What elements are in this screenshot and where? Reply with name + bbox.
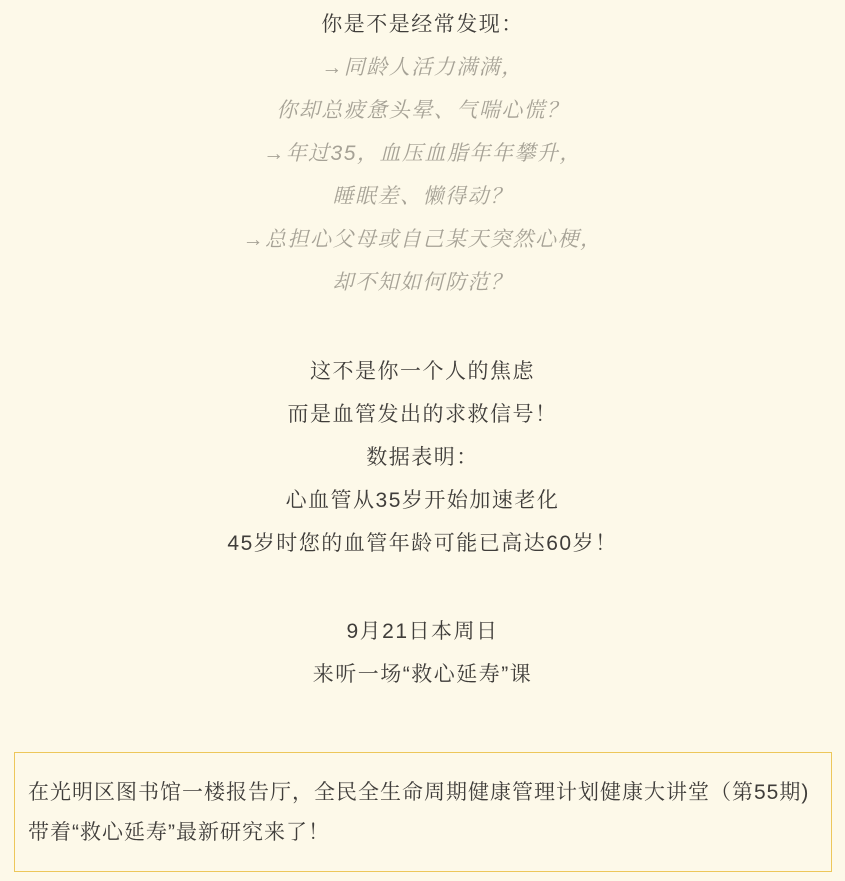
symptom-list: →同龄人活力满满， 你却总疲惫头晕、气喘心慌？ →年过35，血压血脂年年攀升， … bbox=[0, 46, 845, 304]
symptom-line: 却不知如何防范？ bbox=[0, 261, 845, 304]
event-invite-line: 来听一场“救心延寿”课 bbox=[0, 653, 845, 696]
message-block: 这不是你一个人的焦虑 而是血管发出的求救信号！ 数据表明： 心血管从35岁开始加… bbox=[0, 350, 845, 565]
notice-line: 在光明区图书馆一楼报告厅，全民全生命周期健康管理计划健康大讲堂（第55期) bbox=[28, 773, 817, 813]
message-line: 这不是你一个人的焦虑 bbox=[0, 350, 845, 393]
message-line: 而是血管发出的求救信号！ bbox=[0, 393, 845, 436]
message-line: 45岁时您的血管年龄可能已高达60岁！ bbox=[0, 522, 845, 565]
symptom-line: →同龄人活力满满， bbox=[0, 46, 845, 89]
message-line: 心血管从35岁开始加速老化 bbox=[0, 479, 845, 522]
symptom-line: 你却总疲惫头晕、气喘心慌？ bbox=[0, 89, 845, 132]
notice-line: 带着“救心延寿”最新研究来了！ bbox=[28, 813, 817, 853]
symptom-line: →总担心父母或自己某天突然心梗， bbox=[0, 218, 845, 261]
event-date-line: 9月21日本周日 bbox=[0, 610, 845, 653]
notice-box: 在光明区图书馆一楼报告厅，全民全生命周期健康管理计划健康大讲堂（第55期) 带着… bbox=[14, 752, 832, 872]
article-body: 你是不是经常发现： →同龄人活力满满， 你却总疲惫头晕、气喘心慌？ →年过35，… bbox=[0, 0, 845, 881]
event-block: 9月21日本周日 来听一场“救心延寿”课 bbox=[0, 610, 845, 696]
message-line: 数据表明： bbox=[0, 436, 845, 479]
intro-heading: 你是不是经常发现： bbox=[0, 3, 845, 46]
symptom-line: 睡眠差、懒得动？ bbox=[0, 175, 845, 218]
symptom-line: →年过35，血压血脂年年攀升， bbox=[0, 132, 845, 175]
